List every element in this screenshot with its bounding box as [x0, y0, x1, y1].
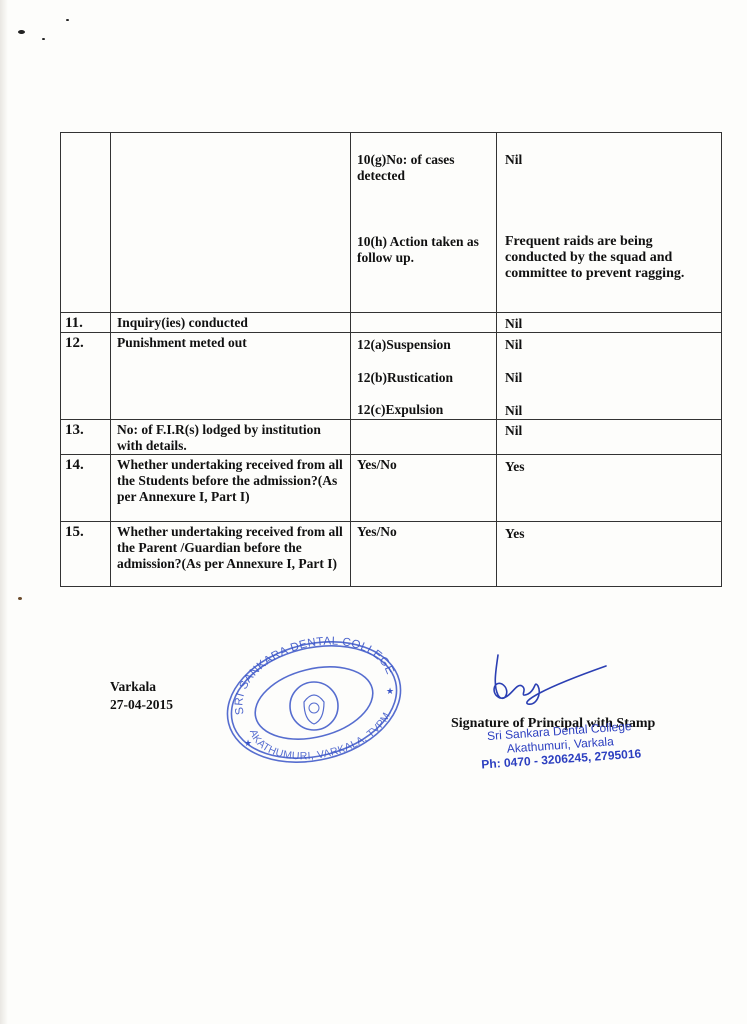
value-12a: Nil [505, 337, 715, 370]
row-item: Whether undertaking received from all th… [111, 522, 351, 587]
row-number [61, 133, 111, 313]
row-subitems [351, 420, 497, 455]
row-subitems: Yes/No [351, 522, 497, 587]
college-seal-stamp: SRI SANKARA DENTAL COLLEGE AKATHUMURI, V… [222, 636, 407, 766]
row-subitems: 12(a)Suspension 12(b)Rustication 12(c)Ex… [351, 333, 497, 420]
row-values: Nil Nil Nil [497, 333, 722, 420]
seal-star-icon: ★ [244, 738, 252, 748]
svg-text:AKATHUMURI, VARKALA, TVPM.: AKATHUMURI, VARKALA, TVPM. [247, 708, 394, 762]
value-11: Nil [505, 315, 715, 332]
row-values: Nil Frequent raids are being conducted b… [497, 133, 722, 313]
seal-bottom-text: AKATHUMURI, VARKALA, TVPM. [247, 708, 394, 762]
row-values: Nil [497, 313, 722, 333]
row-values: Yes [497, 522, 722, 587]
seal-star-icon: ★ [386, 686, 394, 696]
value-10g: Nil [505, 152, 715, 234]
row-subitems [351, 313, 497, 333]
row-subitems: 10(g)No: of cases detected 10(h) Action … [351, 133, 497, 313]
value-12c: Nil [505, 402, 715, 419]
subitem-12c: 12(c)Expulsion [357, 402, 490, 418]
scan-speck [66, 19, 69, 21]
subitem-12a: 12(a)Suspension [357, 337, 490, 370]
row-item: No: of F.I.R(s) lodged by institution wi… [111, 420, 351, 455]
subitem-12b: 12(b)Rustication [357, 370, 490, 402]
value-14: Yes [505, 457, 715, 475]
scan-speck [42, 38, 45, 40]
place-and-date: Varkala 27-04-2015 [110, 678, 173, 714]
value-13: Nil [505, 422, 715, 439]
row-number: 14. [61, 455, 111, 522]
row-number: 13. [61, 420, 111, 455]
row-values: Nil [497, 420, 722, 455]
value-12b: Nil [505, 370, 715, 402]
row-subitems: Yes/No [351, 455, 497, 522]
scan-edge-shadow [0, 0, 8, 1024]
scan-speck [18, 30, 25, 34]
value-15: Yes [505, 524, 715, 542]
table-row: 10(g)No: of cases detected 10(h) Action … [61, 133, 722, 313]
row-item: Inquiry(ies) conducted [111, 313, 351, 333]
table-row: 13. No: of F.I.R(s) lodged by institutio… [61, 420, 722, 455]
anti-ragging-report-table: 10(g)No: of cases detected 10(h) Action … [60, 132, 722, 587]
table-row: 14. Whether undertaking received from al… [61, 455, 722, 522]
row-item [111, 133, 351, 313]
table-row: 15. Whether undertaking received from al… [61, 522, 722, 587]
value-10h: Frequent raids are being conducted by th… [505, 234, 715, 282]
row-number: 12. [61, 333, 111, 420]
scan-speck [18, 597, 22, 600]
row-number: 15. [61, 522, 111, 587]
subitem-10g: 10(g)No: of cases detected [357, 152, 490, 234]
date: 27-04-2015 [110, 696, 173, 714]
subitem-10h: 10(h) Action taken as follow up. [357, 234, 490, 266]
row-item: Whether undertaking received from all th… [111, 455, 351, 522]
table-row: 11. Inquiry(ies) conducted Nil [61, 313, 722, 333]
principal-signature [478, 650, 608, 710]
table-row: 12. Punishment meted out 12(a)Suspension… [61, 333, 722, 420]
row-values: Yes [497, 455, 722, 522]
place: Varkala [110, 678, 173, 696]
row-number: 11. [61, 313, 111, 333]
row-item: Punishment meted out [111, 333, 351, 420]
